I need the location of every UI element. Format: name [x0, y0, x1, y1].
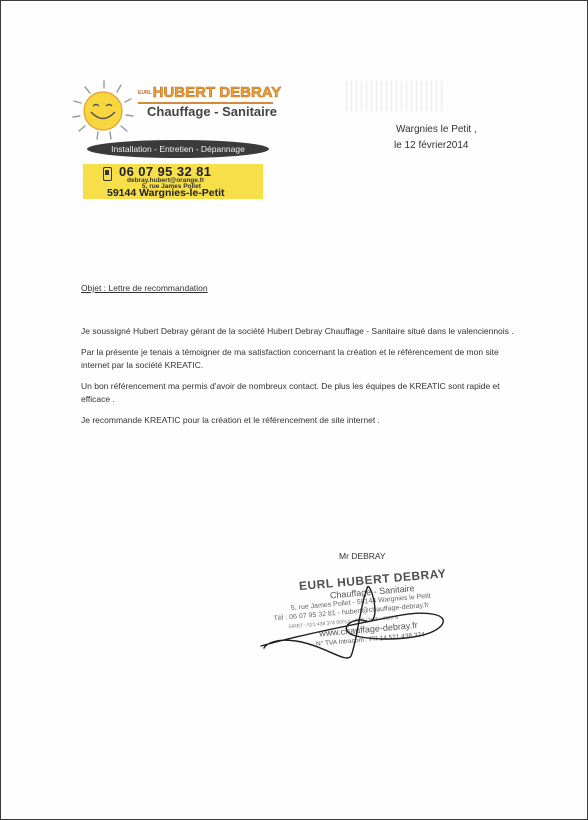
contact-city: 59144 Wargnies-le-Petit — [107, 187, 225, 199]
brand-name: EURLHUBERT DEBRAY — [138, 84, 281, 101]
letter-place: Wargnies le Petit , — [396, 124, 477, 135]
contact-card: 06 07 95 32 81 debray.hubert@orange.fr 5… — [83, 164, 263, 199]
brand-subtitle: Chauffage - Sanitaire — [147, 104, 277, 119]
brand-name-text: HUBERT DEBRAY — [153, 84, 282, 101]
mobile-phone-icon — [103, 167, 112, 181]
letter-body: Je soussigné Hubert Debray gérant de la … — [81, 325, 521, 435]
signer-name: Mr DEBRAY — [339, 551, 386, 561]
letter-subject: Objet : Lettre de recommandation — [81, 283, 208, 293]
body-paragraph: Je soussigné Hubert Debray gérant de la … — [81, 325, 521, 338]
handwritten-signature — [256, 586, 456, 676]
letter-date: le 12 février2014 — [394, 140, 469, 151]
document-page: EURLHUBERT DEBRAY Chauffage - Sanitaire … — [0, 0, 588, 820]
body-paragraph: Un bon référencement ma permis d'avoir d… — [81, 380, 521, 406]
redacted-recipient-address — [346, 81, 446, 111]
smiling-sun-logo-icon — [71, 79, 137, 141]
brand-prefix: EURL — [138, 90, 152, 96]
body-paragraph: Je recommande KREATIC pour la création e… — [81, 414, 521, 427]
body-paragraph: Par la présente je tenais a témoigner de… — [81, 346, 521, 372]
services-tagline: Installation - Entretien - Dépannage — [87, 140, 269, 158]
